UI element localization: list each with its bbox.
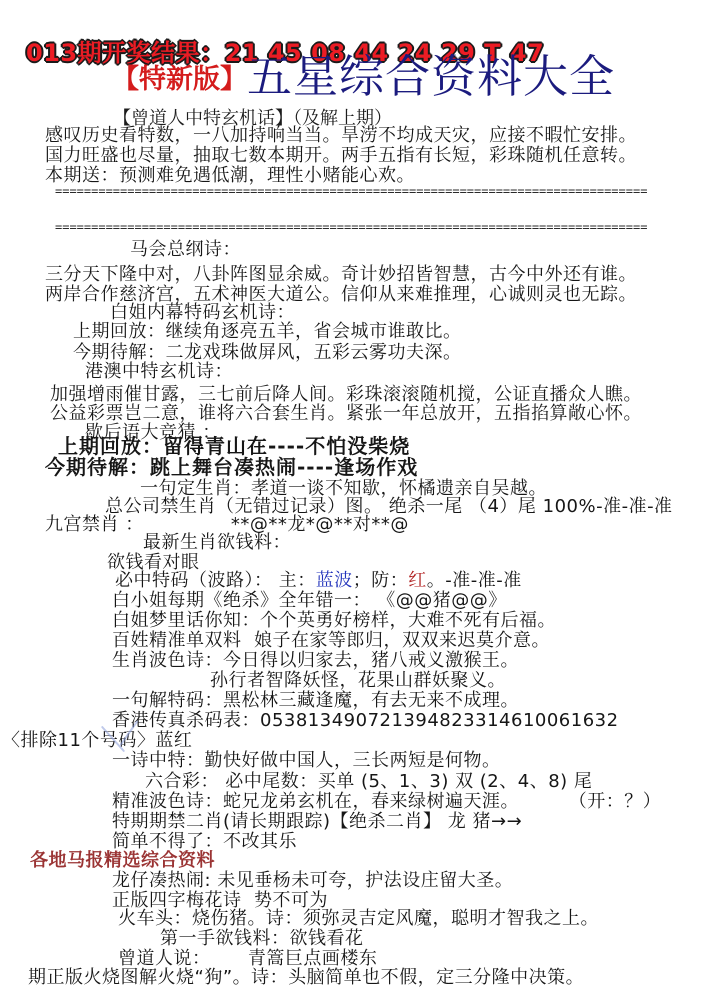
zodiac-wave-poem-2: 孙行者智降妖怪，花果山群妖聚义。 [210, 671, 506, 691]
poem-line: 公益彩票岂二意，谁将六合套生肖。紧张一年总放开，五指掐算敞心怀。 [50, 404, 642, 424]
juesha-line: 白小姐每期《绝杀》全年错一： 《@@猪@@》 [112, 591, 507, 611]
section-header-yuqian: 最新生肖欲钱料： [143, 533, 291, 553]
zengdaoren-line: 曾道人说： 青篙巨点画楼东 [118, 949, 377, 969]
separator-line: ========================================… [55, 220, 647, 234]
poem-line: 三分天下隆中对，八卦阵图显余威。奇计妙招皆智慧，古今中外还有谁。 [45, 265, 637, 285]
red-wave-label: 红 [408, 570, 427, 591]
page-title: 五星综合资料大全 [247, 52, 615, 102]
huochetou-line: 火车头：烧伤猪。诗：须弥灵吉定风魔，聪明才智我之上。 [118, 909, 599, 929]
zodiac-wave-poem-1: 生肖波色诗：今日得以归家去，猪八戒义激猴王。 [112, 651, 519, 671]
precise-wave-poem: 精准波色诗：蛇兄龙弟玄机在，春来绿树遍天涯。 （开：？） [112, 792, 661, 812]
section-header-mahui: 马会总纲诗： [130, 240, 241, 260]
document-page: 013期开奖结果：21 45 08 44 24 29 T 47 【特新版】 五星… [0, 0, 712, 1008]
ban-two-zodiac-line: 特期期禁二肖(请长期跟踪)【绝杀二肖】 龙 猪→→ [112, 812, 522, 832]
first-yuqian-line: 第一手欲钱料：欲钱看花 [160, 929, 364, 949]
liuhecai-tails-line: 六合彩： 必中尾数：买单 (5、1、3) 双 (2、4、8) 尾 [145, 772, 592, 792]
poem-line: 感叹历史看特数，一八加持响当当。旱涝不均成天灾，应接不暇忙安排。 [45, 126, 637, 146]
section-header-horse-reports: 各地马报精选综合资料 [30, 851, 215, 871]
danshuang-line: 百姓精准单双料 娘子在家等郎归，双双来迟莫介意。 [112, 631, 550, 651]
section-header-gangao: 港澳中特玄机诗： [85, 362, 233, 382]
huoshao-line: 期正版火烧图解火烧“狗”。诗：头脑简单也不假，定三分隆中决策。 [28, 968, 584, 988]
poem-line: 国力旺盛也尽量，抽取七数本期开。两手五指有长短，彩珠随机任意转。 [45, 146, 637, 166]
dream-line: 白姐梦里话你知：个个英勇好榜样，大难不死有后福。 [112, 611, 556, 631]
title-row: 【特新版】 五星综合资料大全 [112, 52, 615, 102]
separator-line: ========================================… [55, 184, 647, 198]
edition-tag: 【特新版】 [112, 57, 247, 102]
poem-line: 本期送：预测难免遇低潮，理性小赌能心欢。 [45, 166, 415, 186]
wave-prefix: 必中特码（波路）： 主： [115, 570, 316, 591]
wave-mid: ；防： [353, 570, 409, 591]
longzai-line: 龙仔凑热闹: 未见垂杨未可夸，护法设庄留大圣。 [112, 871, 513, 891]
section-header-baijie: 白姐内幕特码玄机诗： [110, 303, 295, 323]
poem-line: 今期待解：二龙戏珠做屏风，五彩云雾功夫深。 [73, 343, 462, 363]
riddle-previous: 上期回放：留得青山在----不怕没柴烧 [58, 436, 410, 456]
poem-line: 上期回放：继续角逐亮五羊，省会城市谁敢比。 [73, 322, 462, 342]
poem-line: 加强增雨催甘露，三七前后降人间。彩珠滚滚随机搅，公证直播众人瞧。 [50, 385, 642, 405]
exclude-numbers-line: 〈排除11个号码〉蓝红 [2, 731, 192, 751]
blue-wave-label: 蓝波 [316, 570, 353, 591]
fax-kill-code-table: 香港传真杀码表：053813490721394823314610061632 [112, 711, 619, 731]
wave-prediction-line: 必中特码（波路）： 主：蓝波；防：红。-准-准-准 [115, 571, 522, 591]
wave-suffix: 。-准-准-准 [427, 570, 522, 591]
riddle-current: 今期待解：跳上舞台凑热闹----逢场作戏 [45, 457, 418, 477]
poem-special-line: 一诗中特：勤快好做中国人，三长两短是何物。 [112, 751, 501, 771]
special-code-sentence: 一句解特码：黑松林三藏逢魔，有去无来不成理。 [112, 691, 519, 711]
simple-line: 简单不得了：不改其乐 [112, 832, 297, 852]
